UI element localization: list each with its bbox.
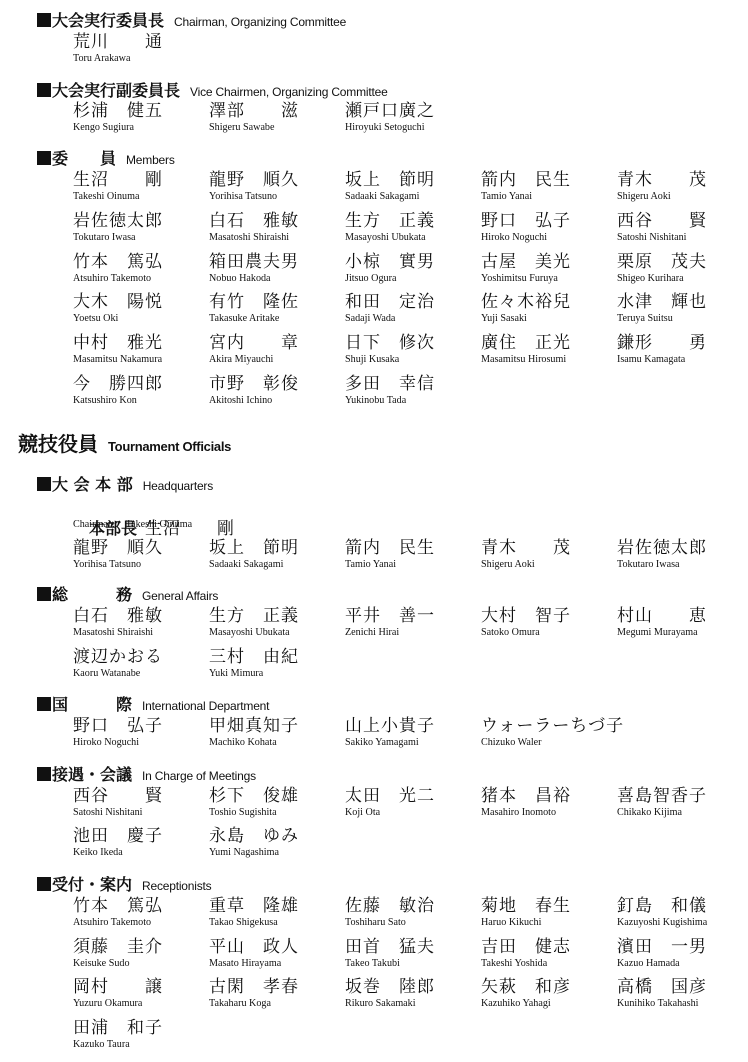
person-name-romaji: Katsushiro Kon: [73, 394, 198, 407]
person-name-jp: 菊地 春生: [481, 896, 617, 916]
person-name-romaji: Yuki Mimura: [209, 667, 334, 680]
person-name-jp: 甲畑真知子: [209, 716, 345, 736]
person-name-jp: 生方 正義: [345, 211, 481, 231]
person-name-jp: 村山 恵: [617, 606, 748, 626]
person-name-romaji: Hiroko Noguchi: [481, 231, 606, 244]
person-entry: 有竹 隆佐Takasuke Aritake: [209, 292, 345, 325]
person-name-romaji: Koji Ota: [345, 806, 470, 819]
person-name-romaji: Zenichi Hirai: [345, 626, 470, 639]
person-entry: 日下 修次Shuji Kusaka: [345, 333, 481, 366]
person-entry: 坂上 節明Sadaaki Sakagami: [345, 170, 481, 203]
person-entry: 多田 幸信Yukinobu Tada: [345, 374, 481, 407]
person-entry: 小椋 實男Jitsuo Ogura: [345, 252, 481, 285]
person-name-jp: 吉田 健志: [481, 937, 617, 957]
person-name-jp: 日下 修次: [345, 333, 481, 353]
person-name-jp: 田浦 和子: [73, 1018, 209, 1038]
person-entry: 佐々木裕兒Yuji Sasaki: [481, 292, 617, 325]
person-name-romaji: Kunihiko Takahashi: [617, 997, 742, 1010]
square-bullet-icon: [37, 83, 51, 97]
person-name-jp: 澤部 滋: [209, 101, 345, 121]
person-name-jp: 廣住 正光: [481, 333, 617, 353]
person-name-romaji: Atsuhiro Takemoto: [73, 916, 198, 929]
person-name-romaji: Masayoshi Ubukata: [345, 231, 470, 244]
person-entry: 田首 猛夫Takeo Takubi: [345, 937, 481, 970]
person-name-jp: 坂巻 陸郎: [345, 977, 481, 997]
person-name-romaji: Kaoru Watanabe: [73, 667, 198, 680]
person-entry: 野口 弘子Hiroko Noguchi: [73, 716, 209, 749]
person-name-jp: 三村 由紀: [209, 647, 345, 667]
person-name-jp: 大村 智子: [481, 606, 617, 626]
person-entry: 太田 光二Koji Ota: [345, 786, 481, 819]
person-name-jp: 重草 隆雄: [209, 896, 345, 916]
section-heading-members: 委 員 Members: [37, 146, 175, 168]
person-name-romaji: Chikako Kijima: [617, 806, 742, 819]
person-name-jp: 鎌形 勇: [617, 333, 748, 353]
person-name-jp: 白石 雅敏: [73, 606, 209, 626]
person-name-romaji: Kazuhiko Yahagi: [481, 997, 606, 1010]
person-name-jp: 平井 善一: [345, 606, 481, 626]
person-entry: 廣住 正光Masamitsu Hirosumi: [481, 333, 617, 366]
person-name-romaji: Chizuko Waler: [481, 736, 606, 749]
person-entry: 釘島 和儀Kazuyoshi Kugishima: [617, 896, 748, 929]
person-name-romaji: Machiko Kohata: [209, 736, 334, 749]
person-name-jp: 小椋 實男: [345, 252, 481, 272]
person-entry: 佐藤 敏治Toshiharu Sato: [345, 896, 481, 929]
person-name-romaji: Sadaaki Sakagami: [209, 558, 334, 571]
person-entry: 大村 智子Satoko Omura: [481, 606, 617, 639]
person-name-romaji: Kazuo Hamada: [617, 957, 742, 970]
person-name-jp: 龍野 順久: [73, 538, 209, 558]
person-name-romaji: Takeshi Oinuma: [73, 190, 198, 203]
person-entry: 古屋 美光Yoshimitsu Furuya: [481, 252, 617, 285]
person-name-romaji: Masato Hirayama: [209, 957, 334, 970]
person-name-jp: 中村 雅光: [73, 333, 209, 353]
person-name-romaji: Kazuyoshi Kugishima: [617, 916, 742, 929]
person-name-romaji: Takeo Takubi: [345, 957, 470, 970]
officials-roster-page: 大会実行委員長 Chairman, Organizing Committee 荒…: [0, 0, 748, 1062]
person-entry: 瀬戸口廣之Hiroyuki Setoguchi: [345, 101, 481, 134]
person-name-jp: 釘島 和儀: [617, 896, 748, 916]
person-entry: 青木 茂Shigeru Aoki: [481, 538, 617, 571]
person-entry: 今 勝四郎Katsushiro Kon: [73, 374, 209, 407]
person-entry: 重草 隆雄Takao Shigekusa: [209, 896, 345, 929]
person-name-romaji: Tamio Yanai: [345, 558, 470, 571]
person-name-jp: 和田 定治: [345, 292, 481, 312]
person-entry: 龍野 順久Yorihisa Tatsuno: [209, 170, 345, 203]
person-name-romaji: Shigeru Aoki: [481, 558, 606, 571]
person-name-romaji: Satoshi Nishitani: [73, 806, 198, 819]
person-name-jp: 高橋 国彦: [617, 977, 748, 997]
person-name-jp: 岩佐徳太郎: [617, 538, 748, 558]
person-name-romaji: Teruya Suitsu: [617, 312, 742, 325]
person-entry: 坂巻 陸郎Rikuro Sakamaki: [345, 977, 481, 1010]
person-name-romaji: Masatoshi Shiraishi: [73, 626, 198, 639]
person-name-jp: 野口 弘子: [481, 211, 617, 231]
section-heading-international: 国 際 International Department: [37, 692, 269, 714]
person-entry: 平井 善一Zenichi Hirai: [345, 606, 481, 639]
person-name-romaji: Satoko Omura: [481, 626, 606, 639]
person-name-jp: 箭内 民生: [481, 170, 617, 190]
person-name-romaji: Takaharu Koga: [209, 997, 334, 1010]
person-entry: 野口 弘子Hiroko Noguchi: [481, 211, 617, 244]
section-heading-headquarters: 大 会 本 部 Headquarters: [37, 472, 213, 494]
person-entry: 須藤 圭介Keisuke Sudo: [73, 937, 209, 970]
person-entry: 生沼 剛Takeshi Oinuma: [73, 170, 209, 203]
person-name-romaji: Yoetsu Oki: [73, 312, 198, 325]
person-name-jp: 今 勝四郎: [73, 374, 209, 394]
person-name-romaji: Satoshi Nishitani: [617, 231, 742, 244]
person-entry: 龍野 順久Yorihisa Tatsuno: [73, 538, 209, 571]
person-name-romaji: Akira Miyauchi: [209, 353, 334, 366]
person-name-jp: 宮内 章: [209, 333, 345, 353]
person-entry: 箱田農夫男Nobuo Hakoda: [209, 252, 345, 285]
section-heading-general-affairs: 総 務 General Affairs: [37, 582, 218, 604]
person-name-romaji: Masahiro Inomoto: [481, 806, 606, 819]
person-entry: 甲畑真知子Machiko Kohata: [209, 716, 345, 749]
person-entry: 矢萩 和彦Kazuhiko Yahagi: [481, 977, 617, 1010]
section-heading-vice-chairmen: 大会実行副委員長 Vice Chairmen, Organizing Commi…: [37, 78, 388, 100]
person-name-romaji: Yuzuru Okamura: [73, 997, 198, 1010]
person-name-jp: ウォーラーちづ子: [481, 716, 617, 736]
person-name-jp: 古屋 美光: [481, 252, 617, 272]
person-name-jp: 永島 ゆみ: [209, 826, 345, 846]
square-bullet-icon: [37, 877, 51, 891]
person-entry: 吉田 健志Takeshi Yoshida: [481, 937, 617, 970]
person-name-jp: 佐々木裕兒: [481, 292, 617, 312]
person-name-romaji: Sakiko Yamagami: [345, 736, 470, 749]
person-name-jp: 箭内 民生: [345, 538, 481, 558]
person-entry: 和田 定治Sadaji Wada: [345, 292, 481, 325]
person-entry: 白石 雅敏Masatoshi Shiraishi: [73, 606, 209, 639]
person-name-jp: 岩佐徳太郎: [73, 211, 209, 231]
person-entry: 坂上 節明Sadaaki Sakagami: [209, 538, 345, 571]
person-name-romaji: Yoshimitsu Furuya: [481, 272, 606, 285]
person-name-jp: 山上小貴子: [345, 716, 481, 736]
person-name-jp: 生方 正義: [209, 606, 345, 626]
person-name-romaji: Tokutaro Iwasa: [73, 231, 198, 244]
person-name-romaji: Sadaji Wada: [345, 312, 470, 325]
section-heading-chairman: 大会実行委員長 Chairman, Organizing Committee: [37, 8, 346, 30]
square-bullet-icon: [37, 767, 51, 781]
person-name-jp: 青木 茂: [481, 538, 617, 558]
person-name-romaji: Toshiharu Sato: [345, 916, 470, 929]
person-entry: 田浦 和子Kazuko Taura: [73, 1018, 209, 1051]
person-name-jp: 渡辺かおる: [73, 647, 209, 667]
person-name-romaji: Masamitsu Nakamura: [73, 353, 198, 366]
person-name-romaji: Jitsuo Ogura: [345, 272, 470, 285]
person-name-romaji: Takeshi Yoshida: [481, 957, 606, 970]
person-name-jp: 岡村 譲: [73, 977, 209, 997]
person-entry: 村山 恵Megumi Murayama: [617, 606, 748, 639]
square-bullet-icon: [37, 697, 51, 711]
person-name-jp: 矢萩 和彦: [481, 977, 617, 997]
person-entry: 菊地 春生Haruo Kikuchi: [481, 896, 617, 929]
person-name-jp: 竹本 篤弘: [73, 896, 209, 916]
person-entry: 高橋 国彦Kunihiko Takahashi: [617, 977, 748, 1010]
person-name-jp: 大木 陽悦: [73, 292, 209, 312]
person-entry: 箭内 民生Tamio Yanai: [345, 538, 481, 571]
person-name-romaji: Hiroko Noguchi: [73, 736, 198, 749]
person-name-jp: 竹本 篤弘: [73, 252, 209, 272]
person-name-romaji: Toshio Sugishita: [209, 806, 334, 819]
person-entry: 濱田 一男Kazuo Hamada: [617, 937, 748, 970]
person-name-jp: 池田 慶子: [73, 826, 209, 846]
person-name-jp: 多田 幸信: [345, 374, 481, 394]
person-name-romaji: Yumi Nagashima: [209, 846, 334, 859]
person-entry: 三村 由紀Yuki Mimura: [209, 647, 345, 680]
person-entry: 白石 雅敏Masatoshi Shiraishi: [209, 211, 345, 244]
person-name-jp: 平山 政人: [209, 937, 345, 957]
person-entry: 岩佐徳太郎Tokutaro Iwasa: [617, 538, 748, 571]
person-name-romaji: Nobuo Hakoda: [209, 272, 334, 285]
person-name-romaji: Masayoshi Ubukata: [209, 626, 334, 639]
person-name-jp: 西谷 賢: [73, 786, 209, 806]
person-name-romaji: Haruo Kikuchi: [481, 916, 606, 929]
person-name-jp: 古閑 孝春: [209, 977, 345, 997]
person-name-romaji: Masatoshi Shiraishi: [209, 231, 334, 244]
person-name-romaji: Atsuhiro Takemoto: [73, 272, 198, 285]
person-entry: 西谷 賢Satoshi Nishitani: [617, 211, 748, 244]
person-entry: 竹本 篤弘Atsuhiro Takemoto: [73, 252, 209, 285]
headquarters-chief-romaji: Chairman : Takeshi Oinuma: [73, 518, 192, 530]
person-name-jp: 太田 光二: [345, 786, 481, 806]
person-entry: 岡村 譲Yuzuru Okamura: [73, 977, 209, 1010]
person-entry: 大木 陽悦Yoetsu Oki: [73, 292, 209, 325]
person-entry: 池田 慶子Keiko Ikeda: [73, 826, 209, 859]
person-entry: 西谷 賢Satoshi Nishitani: [73, 786, 209, 819]
person-name-romaji: Yukinobu Tada: [345, 394, 470, 407]
person-name-jp: 猪本 昌裕: [481, 786, 617, 806]
person-entry: 中村 雅光Masamitsu Nakamura: [73, 333, 209, 366]
person-name-jp: 水津 輝也: [617, 292, 748, 312]
person-name-jp: 龍野 順久: [209, 170, 345, 190]
person-name-romaji: Keisuke Sudo: [73, 957, 198, 970]
person-entry: 山上小貴子Sakiko Yamagami: [345, 716, 481, 749]
person-entry: 澤部 滋Shigeru Sawabe: [209, 101, 345, 134]
person-name-romaji: Kengo Sugiura: [73, 121, 198, 134]
person-name-romaji: Takao Shigekusa: [209, 916, 334, 929]
person-name-jp: 市野 彰俊: [209, 374, 345, 394]
square-bullet-icon: [37, 477, 51, 491]
person-entry: 杉浦 健五Kengo Sugiura: [73, 101, 209, 134]
person-entry: 箭内 民生Tamio Yanai: [481, 170, 617, 203]
person-name-jp: 野口 弘子: [73, 716, 209, 736]
person-name-romaji: Shigeo Kurihara: [617, 272, 742, 285]
person-name-romaji: Yuji Sasaki: [481, 312, 606, 325]
person-name-romaji: Sadaaki Sakagami: [345, 190, 470, 203]
person-name-jp: 喜島智香子: [617, 786, 748, 806]
person-name-romaji: Shigeru Aoki: [617, 190, 742, 203]
person-entry: 永島 ゆみYumi Nagashima: [209, 826, 345, 859]
section-heading-tournament-officials: 競技役員 Tournament Officials: [18, 428, 231, 457]
person-name-jp: 杉浦 健五: [73, 101, 209, 121]
person-entry: ウォーラーちづ子Chizuko Waler: [481, 716, 617, 749]
person-name-jp: 栗原 茂夫: [617, 252, 748, 272]
square-bullet-icon: [37, 587, 51, 601]
person-entry: 喜島智香子Chikako Kijima: [617, 786, 748, 819]
person-entry: 竹本 篤弘Atsuhiro Takemoto: [73, 896, 209, 929]
person-name-romaji: Shuji Kusaka: [345, 353, 470, 366]
person-name-jp: 坂上 節明: [345, 170, 481, 190]
person-name-jp: 田首 猛夫: [345, 937, 481, 957]
person-entry: 鎌形 勇Isamu Kamagata: [617, 333, 748, 366]
person-entry: 生方 正義Masayoshi Ubukata: [345, 211, 481, 244]
person-entry: 生方 正義Masayoshi Ubukata: [209, 606, 345, 639]
person-name-jp: 箱田農夫男: [209, 252, 345, 272]
person-name-jp: 有竹 隆佐: [209, 292, 345, 312]
person-entry: 平山 政人Masato Hirayama: [209, 937, 345, 970]
person-name-jp: 青木 茂: [617, 170, 748, 190]
person-name-romaji: Tamio Yanai: [481, 190, 606, 203]
person-name-romaji: Megumi Murayama: [617, 626, 742, 639]
person-name-romaji: Akitoshi Ichino: [209, 394, 334, 407]
person-name-romaji: Yorihisa Tatsuno: [209, 190, 334, 203]
person-entry: 青木 茂Shigeru Aoki: [617, 170, 748, 203]
person-entry: 杉下 俊雄Toshio Sugishita: [209, 786, 345, 819]
person-entry: 市野 彰俊Akitoshi Ichino: [209, 374, 345, 407]
square-bullet-icon: [37, 151, 51, 165]
person-entry: 岩佐徳太郎Tokutaro Iwasa: [73, 211, 209, 244]
square-bullet-icon: [37, 13, 51, 27]
person-name-romaji: Kazuko Taura: [73, 1038, 198, 1051]
person-name-jp: 生沼 剛: [73, 170, 209, 190]
person-name-romaji: Masamitsu Hirosumi: [481, 353, 606, 366]
person-entry: 宮内 章Akira Miyauchi: [209, 333, 345, 366]
person-entry: 古閑 孝春Takaharu Koga: [209, 977, 345, 1010]
person-name-jp: 濱田 一男: [617, 937, 748, 957]
person-entry: 荒川 通Toru Arakawa: [73, 32, 209, 65]
person-name-jp: 西谷 賢: [617, 211, 748, 231]
person-entry: 栗原 茂夫Shigeo Kurihara: [617, 252, 748, 285]
person-name-romaji: Rikuro Sakamaki: [345, 997, 470, 1010]
person-name-jp: 杉下 俊雄: [209, 786, 345, 806]
person-name-jp: 白石 雅敏: [209, 211, 345, 231]
person-entry: 水津 輝也Teruya Suitsu: [617, 292, 748, 325]
person-entry: 猪本 昌裕Masahiro Inomoto: [481, 786, 617, 819]
person-name-romaji: Tokutaro Iwasa: [617, 558, 742, 571]
section-heading-meetings: 接遇・会議 In Charge of Meetings: [37, 762, 256, 784]
section-heading-receptionists: 受付・案内 Receptionists: [37, 872, 211, 894]
person-entry: 渡辺かおるKaoru Watanabe: [73, 647, 209, 680]
person-name-jp: 須藤 圭介: [73, 937, 209, 957]
person-name-romaji: Isamu Kamagata: [617, 353, 742, 366]
person-name-romaji: Yorihisa Tatsuno: [73, 558, 198, 571]
person-name-jp: 瀬戸口廣之: [345, 101, 481, 121]
person-name-romaji: Takasuke Aritake: [209, 312, 334, 325]
person-name-romaji: Hiroyuki Setoguchi: [345, 121, 470, 134]
person-name-romaji: Toru Arakawa: [73, 52, 198, 65]
person-name-romaji: Shigeru Sawabe: [209, 121, 334, 134]
person-name-jp: 坂上 節明: [209, 538, 345, 558]
person-name-jp: 佐藤 敏治: [345, 896, 481, 916]
person-name-jp: 荒川 通: [73, 32, 209, 52]
person-name-romaji: Keiko Ikeda: [73, 846, 198, 859]
